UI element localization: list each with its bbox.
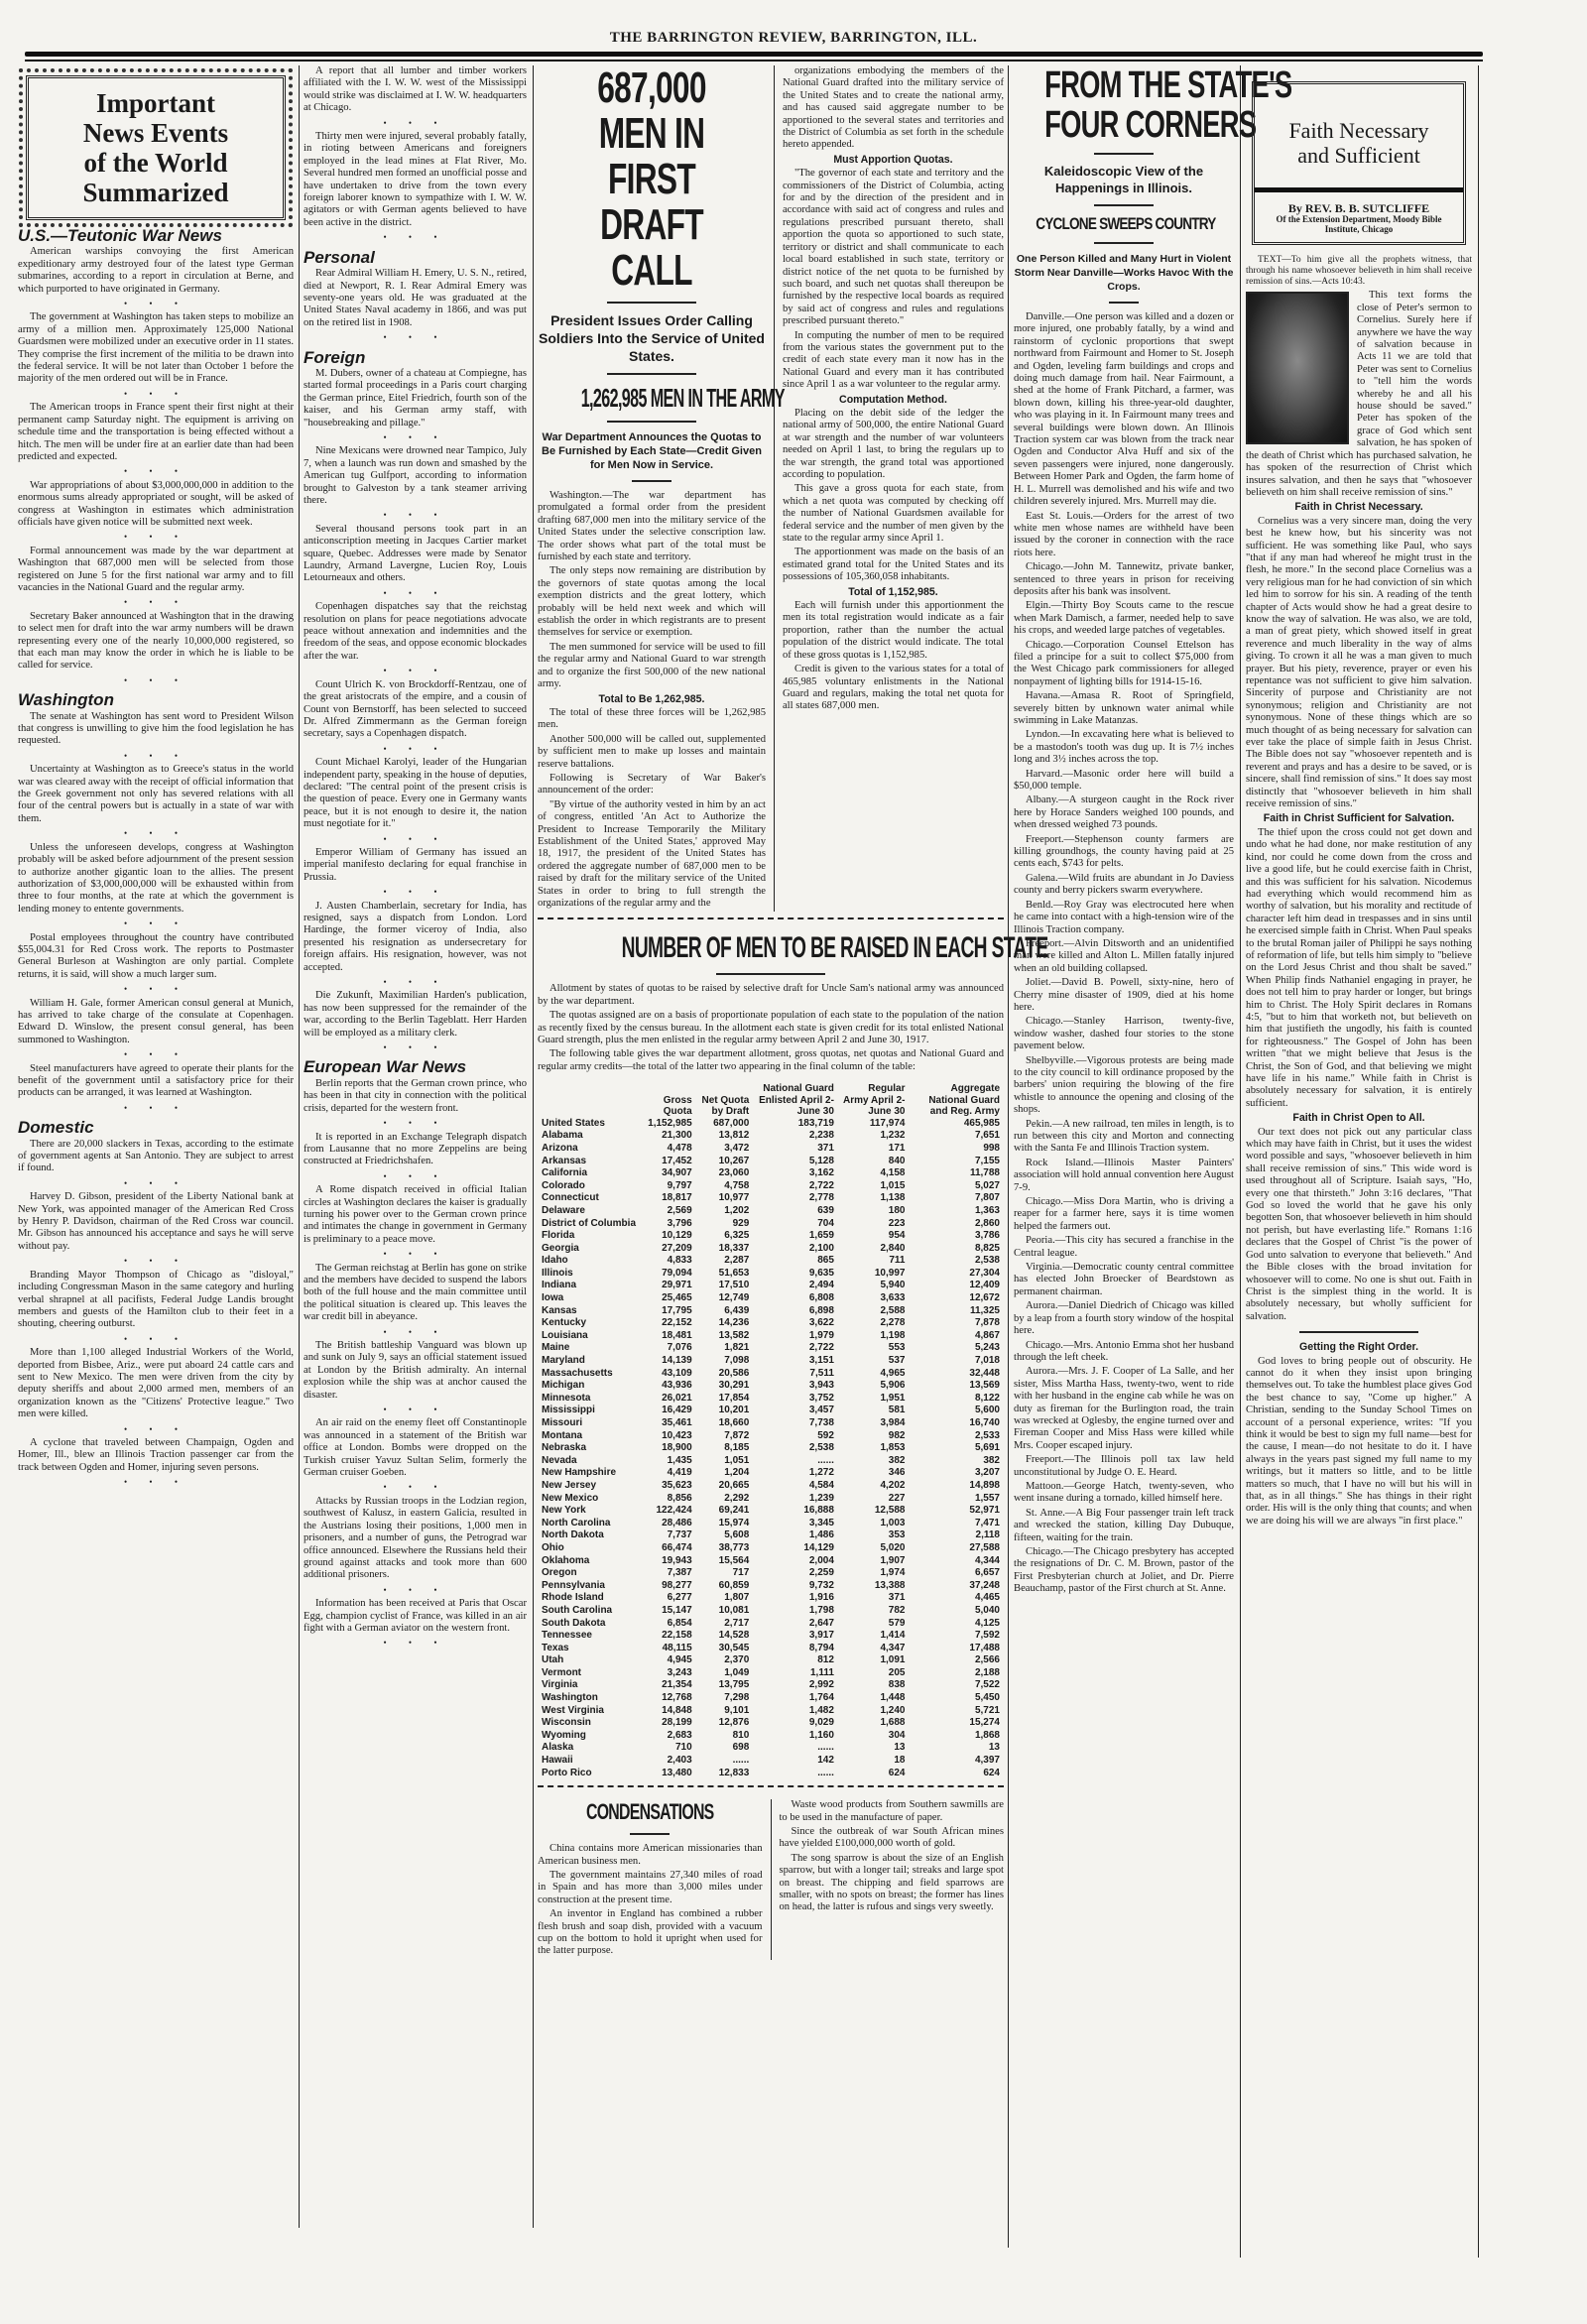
quota-value: 7,878 [909,1317,1004,1330]
quota-value: 537 [838,1355,910,1368]
quota-value: 11,325 [909,1305,1004,1318]
table-row: Nebraska18,9008,1852,5381,8535,691 [538,1442,1004,1455]
table-row: Indiana29,97117,5102,4945,94012,409 [538,1280,1004,1292]
quota-value: 3,207 [909,1467,1004,1480]
quota-value: 15,564 [696,1555,754,1568]
quota-value: 1,688 [838,1717,910,1730]
state-name: Washington [538,1692,640,1705]
quota-value: 2,683 [640,1730,696,1743]
item-separator: • • • [18,1102,294,1114]
quota-value: 171 [838,1143,910,1156]
table-row: Vermont3,2431,0491,1112052,188 [538,1667,1004,1680]
paragraph: Chicago.—The Chicago presbytery has acce… [1014,1546,1234,1596]
paragraph: The men summoned for service will be use… [538,642,766,691]
quota-value: 5,128 [753,1156,838,1168]
paragraph: Chicago.—Mrs. Antonio Emma shot her husb… [1014,1340,1234,1365]
quota-value: 2,840 [838,1243,910,1256]
table-row: Idaho4,8332,2878657112,538 [538,1255,1004,1268]
author-portrait [1246,292,1349,444]
column-divider [1240,65,1241,2258]
table-row: Arizona4,4783,472371171998 [538,1143,1004,1156]
quota-value: 51,653 [696,1268,754,1281]
quota-value: 840 [838,1156,910,1168]
quota-value: 7,651 [909,1130,1004,1143]
news-item: William H. Gale, former American consul … [18,998,294,1047]
quota-value: 2,538 [753,1442,838,1455]
quota-value: 382 [838,1455,910,1468]
news-item: Harvey D. Gibson, president of the Liber… [18,1191,294,1253]
quota-value: 66,474 [640,1542,696,1555]
quota-value: 142 [753,1755,838,1768]
quota-value: 1,198 [838,1330,910,1343]
quota-value: 465,985 [909,1118,1004,1131]
table-row: Alabama21,30013,8122,2381,2327,651 [538,1130,1004,1143]
quota-value: 1,974 [838,1567,910,1580]
state-name: Virginia [538,1679,640,1692]
column-divider [533,65,534,2228]
quota-value: 553 [838,1342,910,1355]
quota-value: 18,337 [696,1243,754,1256]
item-separator: • • • [304,1326,527,1338]
section-heading: Foreign [304,352,527,364]
quota-value: 1,951 [838,1393,910,1406]
news-item: The senate at Washington has sent word t… [18,711,294,748]
table-row: California34,90723,0603,1624,15811,788 [538,1167,1004,1180]
quota-value: 17,510 [696,1280,754,1292]
quota-value: 79,094 [640,1268,696,1281]
state-name: Alaska [538,1742,640,1755]
paragraph: Following is Secretary of War Baker's an… [538,773,766,797]
table-row: United States1,152,985687,000183,719117,… [538,1118,1004,1131]
sermon-subhead: Faith in Christ Sufficient for Salvation… [1246,812,1472,824]
news-item: Formal announcement was made by the war … [18,546,294,595]
quota-value: 7,471 [909,1518,1004,1530]
quota-value: 2,647 [753,1618,838,1631]
quota-value: 1,907 [838,1555,910,1568]
state-name: North Dakota [538,1529,640,1542]
quota-value: 117,974 [838,1118,910,1131]
sermon-title-2: and Sufficient [1259,143,1459,168]
quota-table-header: Gross QuotaNet Quota by DraftNational Gu… [538,1083,1004,1118]
subhead: Computation Method. [783,394,1004,406]
quota-value: 3,752 [753,1393,838,1406]
paragraph: Another 500,000 will be called out, supp… [538,734,766,771]
draft-right-text: organizations embodying the members of t… [783,65,1004,912]
quota-value: 35,623 [640,1480,696,1493]
state-name: Indiana [538,1280,640,1292]
quota-value: 3,345 [753,1518,838,1530]
state-name: Missouri [538,1417,640,1430]
sermon-title-1: Faith Necessary [1259,118,1459,143]
state-name: Florida [538,1230,640,1243]
quota-value: 2,188 [909,1667,1004,1680]
quota-value: 1,204 [696,1467,754,1480]
quota-value: 3,943 [753,1380,838,1393]
quota-value: 581 [838,1405,910,1417]
news-item: It is reported in an Exchange Telegraph … [304,1132,527,1168]
quota-value: 43,109 [640,1368,696,1381]
news-item: The government at Washington has taken s… [18,311,294,385]
paragraph: Elgin.—Thirty Boy Scouts came to the res… [1014,600,1234,637]
paragraph: Freeport.—The Illinois poll tax law held… [1014,1454,1234,1479]
quota-value: 3,472 [696,1143,754,1156]
state-name: Delaware [538,1205,640,1218]
quota-value: 2,588 [838,1305,910,1318]
quota-value: 17,452 [640,1156,696,1168]
item-separator: • • • [304,1404,527,1415]
table-row: New Mexico8,8562,2921,2392271,557 [538,1493,1004,1506]
quota-value: 7,511 [753,1368,838,1381]
item-separator: • • • [18,1476,294,1488]
quota-value: 982 [838,1430,910,1443]
quota-value: 13 [909,1742,1004,1755]
quota-value: 9,797 [640,1180,696,1193]
sermon-subhead: Getting the Right Order. [1246,1341,1472,1353]
item-separator: • • • [304,231,527,243]
state-name: Nevada [538,1455,640,1468]
quota-value: 16,740 [909,1417,1004,1430]
wavy-divider [538,917,1004,925]
item-separator: • • • [304,587,527,599]
item-separator: • • • [304,431,527,443]
quota-value: 183,719 [753,1118,838,1131]
quota-value: 592 [753,1430,838,1443]
quota-value: 2,717 [696,1618,754,1631]
quota-value: 7,076 [640,1342,696,1355]
news-item: Unless the unforeseen develops, congress… [18,842,294,916]
table-row: Oklahoma19,94315,5642,0041,9074,344 [538,1555,1004,1568]
quota-value: 1,807 [696,1592,754,1605]
news-item: A Rome dispatch received in official Ita… [304,1184,527,1246]
quota-value: 6,808 [753,1292,838,1305]
quota-value: 1,003 [838,1518,910,1530]
news-item: M. Dubers, owner of a chateau at Compieg… [304,368,527,429]
quota-value: 5,721 [909,1705,1004,1718]
quota-value: 6,325 [696,1230,754,1243]
quota-value: 2,778 [753,1192,838,1205]
quota-value: 4,202 [838,1480,910,1493]
table-row: New York122,42469,24116,88812,58852,971 [538,1505,1004,1518]
news-item: Nine Mexicans were drowned near Tampico,… [304,445,527,507]
quota-value: 1,239 [753,1493,838,1506]
quota-value: 1,979 [753,1330,838,1343]
quota-value: 8,825 [909,1243,1004,1256]
news-item: J. Austen Chamberlain, secretary for Ind… [304,901,527,974]
quota-value: 2,569 [640,1205,696,1218]
sermon-title-box: Faith Necessaryand Sufficient By REV. B.… [1252,81,1466,245]
quota-value: 6,898 [753,1305,838,1318]
quota-value: 7,098 [696,1355,754,1368]
quota-value: 4,347 [838,1643,910,1655]
section-heading: Domestic [18,1122,294,1134]
table-row: Kansas17,7956,4396,8982,58811,325 [538,1305,1004,1318]
quota-value: 10,201 [696,1405,754,1417]
table-row: Utah4,9452,3708121,0912,566 [538,1654,1004,1667]
quota-value: 9,732 [753,1580,838,1593]
quota-value: 954 [838,1230,910,1243]
sermon-subhead: Faith in Christ Necessary. [1246,501,1472,513]
quota-value: 32,448 [909,1368,1004,1381]
table-row: North Dakota7,7375,6081,4863532,118 [538,1529,1004,1542]
news-item: Count Ulrich K. von Brockdorff-Rentzau, … [304,679,527,741]
quota-value: 48,115 [640,1643,696,1655]
section-heading: U.S.—Teutonic War News [18,230,294,242]
table-row: Virginia21,35413,7952,9928387,522 [538,1679,1004,1692]
state-name: Iowa [538,1292,640,1305]
state-name: Wisconsin [538,1717,640,1730]
quota-value: 2,860 [909,1218,1004,1231]
paragraph: Peoria.—This city has secured a franchis… [1014,1235,1234,1260]
paragraph: Aurora.—Mrs. J. F. Cooper of La Salle, a… [1014,1366,1234,1452]
box-title-line: of the World [35,148,277,178]
news-item: There are 20,000 slackers in Texas, acco… [18,1139,294,1175]
quota-value: 18,817 [640,1192,696,1205]
column-header: Gross Quota [640,1083,696,1118]
state-name: Vermont [538,1667,640,1680]
state-name: Maine [538,1342,640,1355]
quota-value: 4,758 [696,1180,754,1193]
quota-value: 1,015 [838,1180,910,1193]
paragraph: organizations embodying the members of t… [783,65,1004,152]
state-name: Oregon [538,1567,640,1580]
item-separator: • • • [18,674,294,686]
state-name: West Virginia [538,1705,640,1718]
subhead: Total of 1,152,985. [783,586,1004,598]
state-name: Hawaii [538,1755,640,1768]
quota-value: 812 [753,1654,838,1667]
quota-value: 7,387 [640,1567,696,1580]
quota-value: 346 [838,1467,910,1480]
quota-value: ...... [696,1755,754,1768]
item-separator: • • • [304,1637,527,1649]
sermon-text-verse: TEXT—To him give all the prophets witnes… [1246,255,1472,288]
paragraph: Each will furnish under this apportionme… [783,600,1004,662]
paragraph: Chicago.—Miss Dora Martin, who is drivin… [1014,1196,1234,1233]
item-separator: • • • [304,1117,527,1129]
quota-value: 3,622 [753,1317,838,1330]
table-row: District of Columbia3,7969297042232,860 [538,1218,1004,1231]
item-separator: • • • [304,886,527,898]
masthead-rule [25,52,1483,57]
state-name: Maryland [538,1355,640,1368]
quota-value: 23,060 [696,1167,754,1180]
paragraph: Chicago.—Stanley Harrison, twenty-five, … [1014,1016,1234,1052]
quota-value: 6,657 [909,1567,1004,1580]
item-separator: • • • [304,833,527,845]
quota-value: 2,238 [753,1130,838,1143]
quota-value: 1,764 [753,1692,838,1705]
item-separator: • • • [304,509,527,521]
quota-value: 18,900 [640,1442,696,1455]
paragraph: Aurora.—Daniel Diedrich of Chicago was k… [1014,1300,1234,1337]
condensations-right-text: Waste wood products from Southern sawmil… [779,1799,1004,1960]
paragraph: Pekin.—A new railroad, ten miles in leng… [1014,1119,1234,1156]
quota-value: 38,773 [696,1542,754,1555]
state-name: Ohio [538,1542,640,1555]
quota-value: 13,582 [696,1330,754,1343]
quota-value: 13,795 [696,1679,754,1692]
section-heading: Washington [18,694,294,706]
quota-value: 7,738 [753,1417,838,1430]
quota-value: 6,854 [640,1618,696,1631]
state-name: Kansas [538,1305,640,1318]
table-row: Oregon7,3877172,2591,9746,657 [538,1567,1004,1580]
paragraph: Since the outbreak of war South African … [779,1826,1004,1851]
paragraph: The following table gives the war depart… [538,1048,1004,1073]
quota-value: 11,788 [909,1167,1004,1180]
item-separator: • • • [304,1170,527,1182]
quota-value: 21,354 [640,1679,696,1692]
column-header: National Guard Enlisted April 2-June 30 [753,1083,838,1118]
paragraph: Lyndon.—In excavating here what is belie… [1014,729,1234,766]
box-title-line: News Events [35,118,277,148]
quota-value: 5,906 [838,1380,910,1393]
quota-value: 6,277 [640,1592,696,1605]
news-item: More than 1,100 alleged Industrial Worke… [18,1347,294,1420]
table-row: Michigan43,93630,2913,9435,90613,569 [538,1380,1004,1393]
quota-value: 2,004 [753,1555,838,1568]
state-items: Danville.—One person was killed and a do… [1014,311,1234,1596]
state-name: Tennessee [538,1630,640,1643]
quota-value: 371 [753,1143,838,1156]
quota-value: 1,363 [909,1205,1004,1218]
quota-value: 2,259 [753,1567,838,1580]
quota-value: 28,199 [640,1717,696,1730]
quota-value: 8,185 [696,1442,754,1455]
quota-value: 1,240 [838,1705,910,1718]
quota-value: 223 [838,1218,910,1231]
news-item: Thirty men were injured, several probabl… [304,131,527,229]
quota-value: 14,236 [696,1317,754,1330]
quota-value: 998 [909,1143,1004,1156]
quota-value: 639 [753,1205,838,1218]
news-item: A cyclone that traveled between Champaig… [18,1437,294,1474]
news-item: Steel manufacturers have agreed to opera… [18,1063,294,1100]
news-item: Count Michael Karolyi, leader of the Hun… [304,757,527,830]
quota-value: 2,494 [753,1280,838,1292]
subhead: Total to Be 1,262,985. [538,693,766,705]
quota-value: 2,403 [640,1755,696,1768]
quota-value: 27,209 [640,1243,696,1256]
quota-value: 27,304 [909,1268,1004,1281]
quota-value: 1,798 [753,1605,838,1618]
paragraph: The government maintains 27,340 miles of… [538,1870,763,1906]
paragraph: Rock Island.—Illinois Master Painters' a… [1014,1158,1234,1194]
quota-value: 1,916 [753,1592,838,1605]
item-separator: • • • [18,917,294,929]
quota-value: 10,423 [640,1430,696,1443]
news-item: Postal employees throughout the country … [18,932,294,982]
paragraph: St. Anne.—A Big Four passenger train lef… [1014,1508,1234,1544]
quota-value: 22,158 [640,1630,696,1643]
paragraph: Harvard.—Masonic order here will build a… [1014,769,1234,794]
section-heading: Personal [304,252,527,264]
quota-value: 18,481 [640,1330,696,1343]
world-news-sections: U.S.—Teutonic War NewsAmerican warships … [18,230,294,1489]
draft-left-column: 687,000 MEN IN FIRST DRAFT CALL Presiden… [538,65,766,912]
quota-value: 371 [838,1592,910,1605]
quota-value: 3,162 [753,1167,838,1180]
quota-value: 382 [909,1455,1004,1468]
state-name: Oklahoma [538,1555,640,1568]
quota-value: 10,081 [696,1605,754,1618]
table-row: Hawaii2,403......142184,397 [538,1755,1004,1768]
news-item: The German reichstag at Berlin has gone … [304,1263,527,1324]
sermon-paragraph: The thief upon the cross could not get d… [1246,827,1472,1110]
state-name: New Hampshire [538,1467,640,1480]
quota-value: 12,749 [696,1292,754,1305]
table-row: Kentucky22,15214,2363,6222,2787,878 [538,1317,1004,1330]
table-row: Florida10,1296,3251,6599543,786 [538,1230,1004,1243]
table-row: Pennsylvania98,27760,8599,73213,38837,24… [538,1580,1004,1593]
paragraph: Allotment by states of quotas to be rais… [538,983,1004,1008]
paragraph: China contains more American missionarie… [538,1843,763,1868]
quota-value: 1,868 [909,1730,1004,1743]
table-row: Iowa25,46512,7496,8083,63312,672 [538,1292,1004,1305]
quota-value: 5,940 [838,1280,910,1292]
table-row: Wyoming2,6838101,1603041,868 [538,1730,1004,1743]
condensations-heading: CONDENSATIONS [569,1799,731,1825]
quota-value: 18 [838,1755,910,1768]
item-separator: • • • [18,1333,294,1345]
quota-value: 52,971 [909,1505,1004,1518]
quota-value: 10,129 [640,1230,696,1243]
state-name: Michigan [538,1380,640,1393]
quota-value: 17,854 [696,1393,754,1406]
quota-value: 1,435 [640,1455,696,1468]
quota-value: 704 [753,1218,838,1231]
news-item: Die Zukunft, Maximilian Harden's publica… [304,990,527,1040]
draft-headline-1: 687,000 MEN IN [569,65,734,157]
quota-value: 14,848 [640,1705,696,1718]
item-separator: • • • [18,388,294,400]
news-item: Rear Admiral William H. Emery, U. S. N.,… [304,268,527,329]
draft-left-text: Washington.—The war department has promu… [538,490,766,910]
quota-value: 205 [838,1667,910,1680]
quota-value: 14,139 [640,1355,696,1368]
quota-value: 1,821 [696,1342,754,1355]
table-row: Connecticut18,81710,9772,7781,1387,807 [538,1192,1004,1205]
table-row: South Dakota6,8542,7172,6475794,125 [538,1618,1004,1631]
quota-value: 5,040 [909,1605,1004,1618]
quota-value: 1,051 [696,1455,754,1468]
state-name: Colorado [538,1180,640,1193]
page-edge-rule [1478,65,1479,2258]
column-header: Aggregate National Guard and Reg. Army [909,1083,1004,1118]
table-row: Minnesota26,02117,8543,7521,9518,122 [538,1393,1004,1406]
paragraph: An inventor in England has combined a ru… [538,1908,763,1958]
quota-value: 1,111 [753,1667,838,1680]
state-headline-2: FOUR CORNERS [1044,105,1203,145]
sermon-paragraph: Our text does not pick out any particula… [1246,1127,1472,1324]
quota-value: 353 [838,1529,910,1542]
state-name: Rhode Island [538,1592,640,1605]
state-name: Wyoming [538,1730,640,1743]
column-header: Regular Army April 2-June 30 [838,1083,910,1118]
quota-value: 17,795 [640,1305,696,1318]
quota-value: 3,984 [838,1417,910,1430]
state-name: South Carolina [538,1605,640,1618]
item-separator: • • • [18,750,294,762]
draft-story: 687,000 MEN IN FIRST DRAFT CALL Presiden… [538,65,1004,1960]
table-row: North Carolina28,48615,9743,3451,0037,47… [538,1518,1004,1530]
column-header [538,1083,640,1118]
number-headline: NUMBER OF MEN TO BE RAISED IN EACH STATE [622,931,920,965]
quota-value: 7,807 [909,1192,1004,1205]
paragraph: Washington.—The war department has promu… [538,490,766,563]
quota-value: 9,029 [753,1717,838,1730]
quota-value: 1,272 [753,1467,838,1480]
